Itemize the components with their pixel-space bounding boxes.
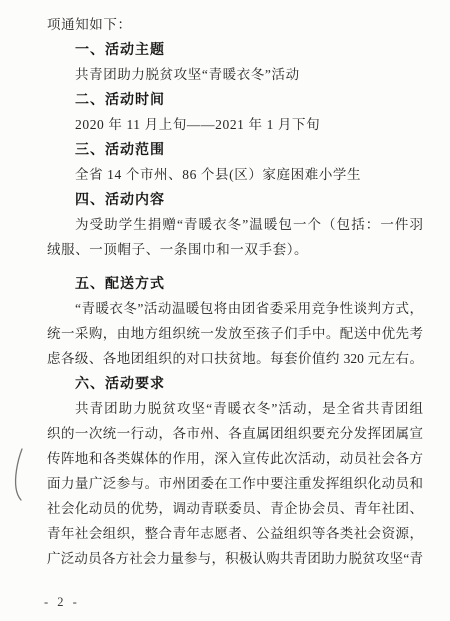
body-line-requirements-6: 青年社会组织，整合青年志愿者、公益组织等各类社会资源， [47,521,423,546]
body-line-delivery-1: “青暖衣冬”活动温暖包将由团省委采用竞争性谈判方式， [47,296,423,321]
heading-activity-time: 二、活动时间 [47,87,423,112]
heading-activity-theme: 一、活动主题 [47,37,423,62]
body-line-scope: 全省 14 个市州、86 个县(区）家庭困难小学生 [47,162,423,187]
heading-delivery-method: 五、配送方式 [47,271,423,296]
pen-stroke-mark [11,446,27,504]
heading-activity-scope: 三、活动范围 [47,137,423,162]
document-body: 项通知如下： 一、活动主题 共青团助力脱贫攻坚“青暖衣冬”活动 二、活动时间 2… [47,12,423,571]
body-line-delivery-2: 统一采购，由地方组织统一发放至孩子们手中。配送中优先考 [47,321,423,346]
body-line-content-1: 为受助学生捐赠“青暖衣冬”温暖包一个（包括：一件羽 [47,212,423,237]
body-line-theme: 共青团助力脱贫攻坚“青暖衣冬”活动 [47,62,423,87]
intro-line: 项通知如下： [47,12,423,37]
heading-activity-requirements: 六、活动要求 [47,371,423,396]
body-line-requirements-1: 共青团助力脱贫攻坚“青暖衣冬”活动，是全省共青团组 [47,396,423,421]
body-line-delivery-3: 虑各级、各地团组织的对口扶贫地。每套价值约 320 元左右。 [47,346,423,371]
body-line-content-2: 绒服、一顶帽子、一条围巾和一双手套）。 [47,237,423,262]
heading-activity-content: 四、活动内容 [47,187,423,212]
page-number: - 2 - [44,595,80,610]
document-page: 项通知如下： 一、活动主题 共青团助力脱贫攻坚“青暖衣冬”活动 二、活动时间 2… [0,0,450,621]
body-line-requirements-2: 织的一次统一行动，各市州、各直属团组织要充分发挥团属宣 [47,421,423,446]
body-line-requirements-7: 广泛动员各方社会力量参与，积极认购共青团助力脱贫攻坚“青 [47,546,423,571]
body-line-requirements-3: 传阵地和各类媒体的作用，深入宣传此次活动，动员社会各方 [47,446,423,471]
body-line-requirements-5: 社会化动员的优势，调动青联委员、青企协会员、青年社团、 [47,496,423,521]
body-line-requirements-4: 面力量广泛参与。市州团委在工作中要注重发挥组织化动员和 [47,471,423,496]
body-line-time: 2020 年 11 月上旬——2021 年 1 月下旬 [47,112,423,137]
